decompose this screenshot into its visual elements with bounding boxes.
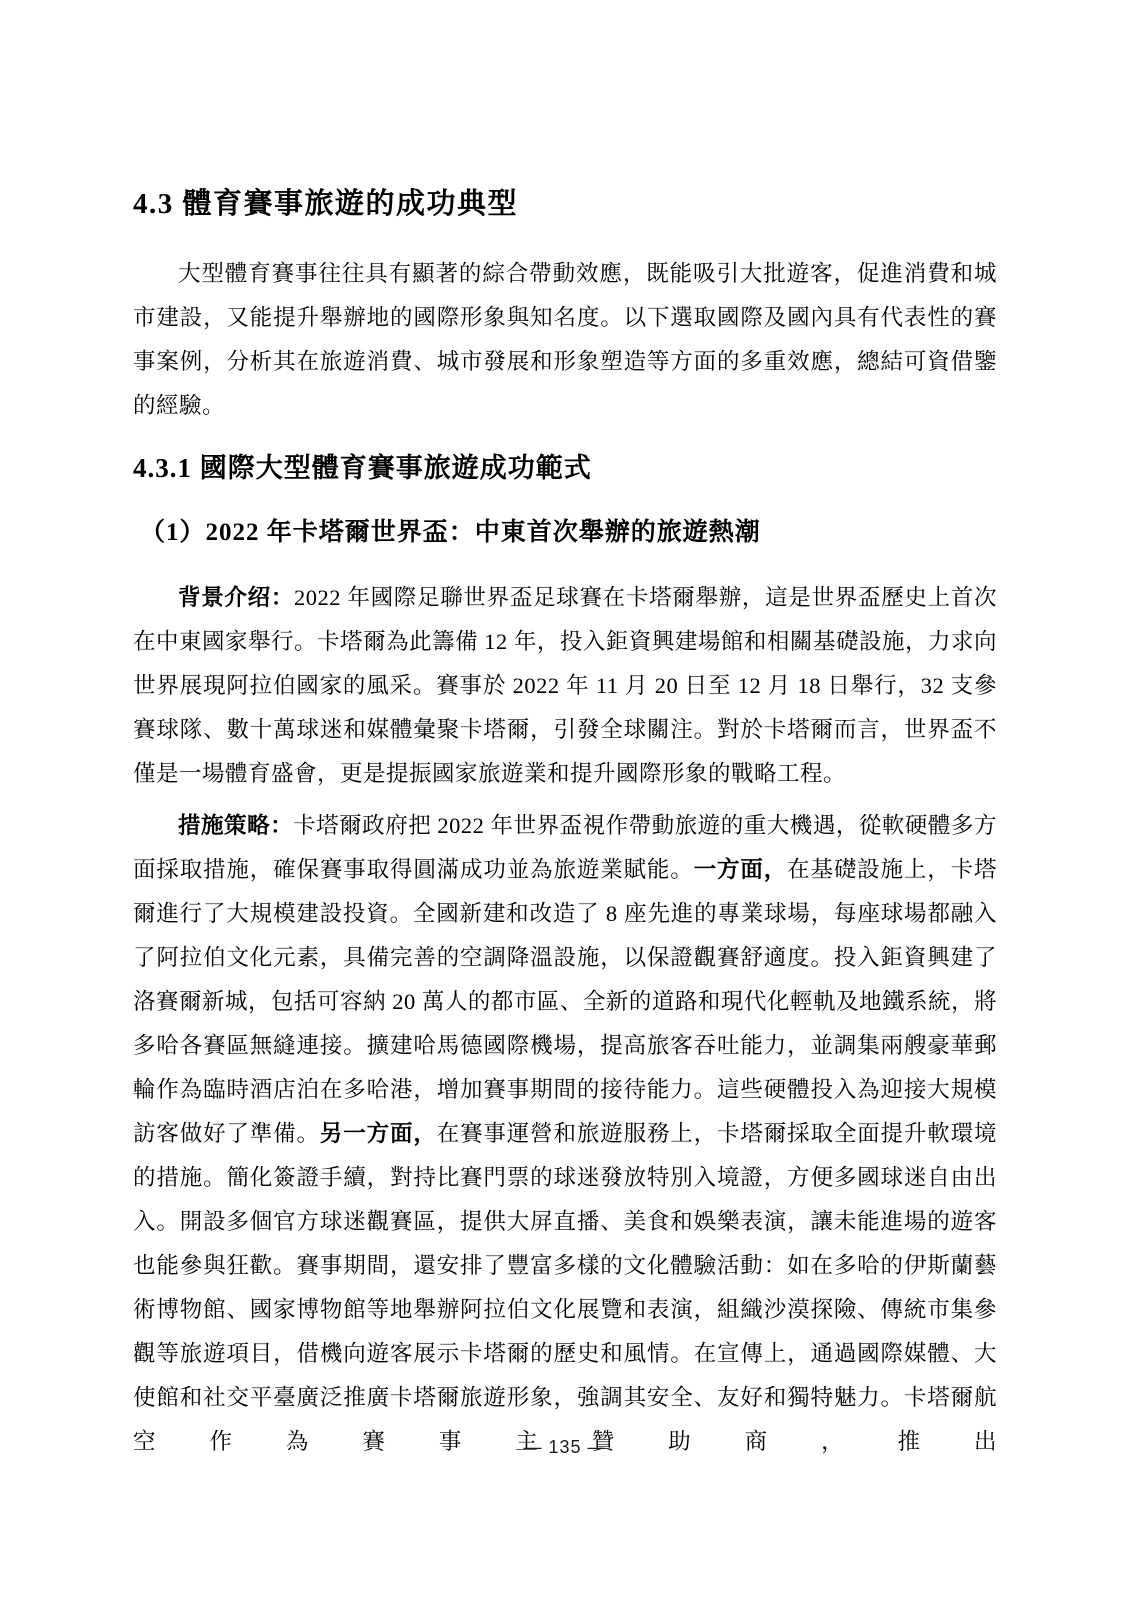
measures-paragraph: 措施策略：卡塔爾政府把 2022 年世界盃視作帶動旅遊的重大機遇，從軟硬體多方面…	[133, 804, 997, 1464]
background-paragraph: 背景介绍：2022 年國際足聯世界盃足球賽在卡塔爾舉辦，這是世界盃歷史上首次在中…	[133, 576, 997, 796]
measures-text-part2: 在基礎設施上，卡塔爾進行了大規模建設投資。全國新建和改造了 8 座先進的專業球場…	[133, 857, 997, 1146]
measures-bold-phrase-2: 另一方面，	[320, 1121, 437, 1146]
intro-paragraph: 大型體育賽事往往具有顯著的綜合帶動效應，既能吸引大批遊客，促進消費和城市建設，又…	[133, 252, 997, 428]
subsection-heading: 4.3.1 國際大型體育賽事旅遊成功範式	[133, 450, 997, 486]
case-heading: （1）2022 年卡塔爾世界盃：中東首次舉辦的旅遊熱潮	[133, 516, 997, 550]
page-number: — 135 —	[0, 1437, 1130, 1458]
document-page: 4.3 體育賽事旅遊的成功典型 大型體育賽事往往具有顯著的綜合帶動效應，既能吸引…	[0, 0, 1130, 1600]
background-label: 背景介绍：	[178, 585, 294, 610]
background-text: 2022 年國際足聯世界盃足球賽在卡塔爾舉辦，這是世界盃歷史上首次在中東國家舉行…	[133, 585, 997, 786]
measures-bold-phrase-1: 一方面，	[694, 857, 787, 882]
page-content: 4.3 體育賽事旅遊的成功典型 大型體育賽事往往具有顯著的綜合帶動效應，既能吸引…	[133, 0, 997, 1464]
measures-text-part3: 在賽事運營和旅遊服務上，卡塔爾採取全面提升軟環境的措施。簡化簽證手續，對持比賽門…	[133, 1121, 997, 1454]
measures-label: 措施策略：	[178, 813, 293, 838]
section-heading: 4.3 體育賽事旅遊的成功典型	[133, 186, 997, 222]
